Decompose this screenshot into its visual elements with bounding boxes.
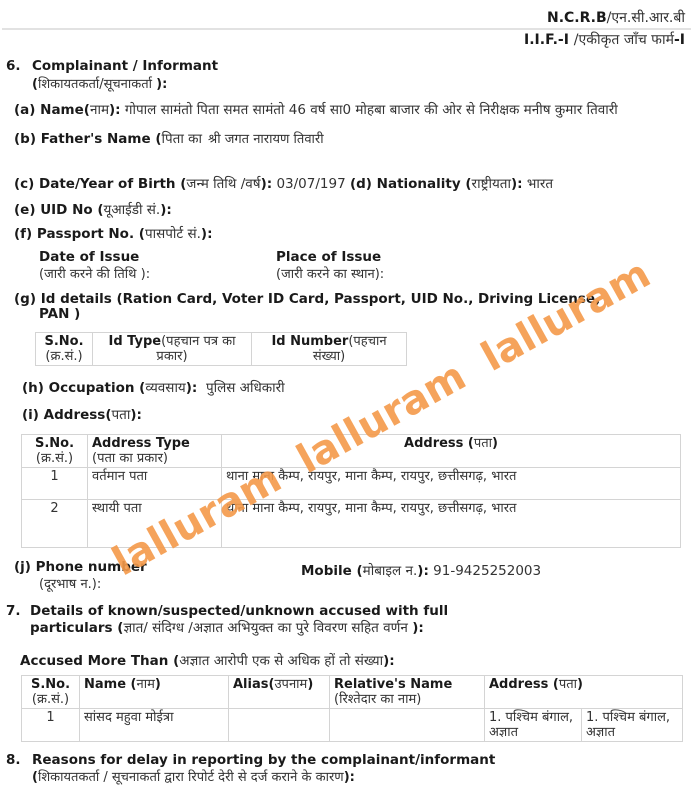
- accused-address-1: 1. पश्चिम बंगाल, अज्ञात: [485, 709, 582, 742]
- date-of-issue-label: Date of Issue: [39, 249, 139, 265]
- dob-value: 03/07/197: [276, 176, 345, 192]
- ncrb-en: N.C.R.B: [547, 10, 607, 26]
- table-row: 1 वर्तमान पता थाना माना कैम्प, रायपुर, म…: [22, 468, 681, 500]
- col-sno: S.No.(क्र.सं.): [36, 333, 93, 366]
- address-value: थाना माना कैम्प, रायपुर, माना कैम्प, राय…: [222, 500, 681, 548]
- id-details-header-row: S.No.(क्र.सं.) Id Type(पहचान पत्र का प्र…: [36, 333, 407, 366]
- passport-row: (f) Passport No. (पासपोर्ट सं.):: [14, 224, 213, 242]
- occupation-row: (h) Occupation (व्यवसाय): पुलिस अधिकारी: [22, 378, 285, 396]
- col-address: Address (पता): [485, 676, 683, 709]
- form-code-ncrb: N.C.R.B/एन.सी.आर.बी: [547, 8, 685, 27]
- section-7-number: 7.: [6, 603, 21, 619]
- complainant-name-row: (a) Name(नाम): गोपाल सामंतो पिता समत साम…: [14, 100, 618, 118]
- col-address: Address (पता): [222, 435, 681, 468]
- col-alias: Alias(उपनाम): [229, 676, 330, 709]
- address-table: S.No.(क्र.सं.) Address Type(पता का प्रका…: [21, 434, 681, 548]
- id-details-table: S.No.(क्र.सं.) Id Type(पहचान पत्र का प्र…: [35, 332, 407, 366]
- ncrb-hi: /एन.सी.आर.बी: [607, 10, 685, 26]
- phone-label: (j) Phone number: [14, 559, 147, 575]
- iif-en: I.I.F.-I: [524, 32, 574, 48]
- accused-more-than-label: Accused More Than (अज्ञात आरोपी एक से अध…: [20, 651, 395, 669]
- date-of-issue-label-hi: (जारी करने की तिथि ):: [39, 264, 150, 282]
- address-header-row: S.No.(क्र.सं.) Address Type(पता का प्रका…: [22, 435, 681, 468]
- col-name: Name (नाम): [80, 676, 229, 709]
- address-sno: 2: [22, 500, 88, 548]
- father-name-row: (b) Father's Name (पिता का: [14, 129, 202, 147]
- mobile-row: Mobile (मोबाइल न.): 91-9425252003: [301, 561, 541, 579]
- accused-sno: 1: [22, 709, 80, 742]
- address-type: वर्तमान पता: [88, 468, 222, 500]
- section-6-title: Complainant / Informant: [32, 58, 218, 74]
- dob-row: (c) Date/Year of Birth (जन्म तिथि /वर्ष)…: [14, 174, 553, 192]
- id-details-label-2: PAN ): [39, 306, 80, 322]
- table-row: 2 स्थायी पता थाना माना कैम्प, रायपुर, मा…: [22, 500, 681, 548]
- accused-header-row: S.No.(क्र.सं.) Name (नाम) Alias(उपनाम) R…: [22, 676, 683, 709]
- accused-address-2: 1. पश्चिम बंगाल, अज्ञात: [582, 709, 683, 742]
- section-8-number: 8.: [6, 752, 21, 768]
- address-type: स्थायी पता: [88, 500, 222, 548]
- table-row: 1 सांसद महुवा मोईत्रा 1. पश्चिम बंगाल, अ…: [22, 709, 683, 742]
- accused-relative: [330, 709, 485, 742]
- address-value: थाना माना कैम्प, रायपुर, माना कैम्प, राय…: [222, 468, 681, 500]
- section-7-title-2: particulars (ज्ञात/ संदिग्ध /अज्ञात अभिय…: [30, 618, 424, 636]
- phone-label-hi: (दूरभाष न.):: [39, 574, 101, 592]
- mobile-value: 91-9425252003: [433, 563, 541, 579]
- accused-table: S.No.(क्र.सं.) Name (नाम) Alias(उपनाम) R…: [21, 675, 683, 742]
- col-id-type: Id Type(पहचान पत्र का प्रकार): [93, 333, 252, 366]
- address-sno: 1: [22, 468, 88, 500]
- section-8-subtitle: (शिकायतकर्ता / सूचनाकर्ता द्वारा रिपोर्ट…: [32, 767, 355, 785]
- section-6-subtitle: (शिकायतकर्ता/सूचनाकर्ता ):: [32, 74, 167, 92]
- id-details-label: (g) Id details (Ration Card, Voter ID Ca…: [14, 291, 600, 307]
- iif-suffix: -I: [674, 32, 685, 48]
- col-address-type: Address Type(पता का प्रकार): [88, 435, 222, 468]
- father-name-value: श्री जगत नारायण तिवारी: [208, 129, 324, 147]
- complainant-name-value: गोपाल सामंतो पिता समत सामंतो 46 वर्ष सा0…: [125, 102, 618, 118]
- occupation-value: पुलिस अधिकारी: [206, 380, 285, 396]
- col-sno: S.No.(क्र.सं.): [22, 676, 80, 709]
- nationality-value: भारत: [527, 176, 553, 192]
- form-code-iif: I.I.F.-I /एकीकृत जाँच फार्म-I: [524, 30, 685, 49]
- place-of-issue-label-hi: (जारी करने का स्थान):: [276, 264, 384, 282]
- section-7-title: Details of known/suspected/unknown accus…: [30, 603, 448, 619]
- col-id-number: Id Number(पहचान संख्या): [252, 333, 407, 366]
- col-sno: S.No.(क्र.सं.): [22, 435, 88, 468]
- place-of-issue-label: Place of Issue: [276, 249, 381, 265]
- section-6-number: 6.: [6, 58, 21, 74]
- col-relative-name: Relative's Name(रिश्तेदार का नाम): [330, 676, 485, 709]
- address-label: (i) Address(पता):: [22, 405, 142, 423]
- accused-name: सांसद महुवा मोईत्रा: [80, 709, 229, 742]
- section-8-title: Reasons for delay in reporting by the co…: [32, 752, 495, 768]
- uid-row: (e) UID No (यूआईडी सं.):: [14, 200, 172, 218]
- iif-hi: /एकीकृत जाँच फार्म: [574, 32, 674, 48]
- accused-alias: [229, 709, 330, 742]
